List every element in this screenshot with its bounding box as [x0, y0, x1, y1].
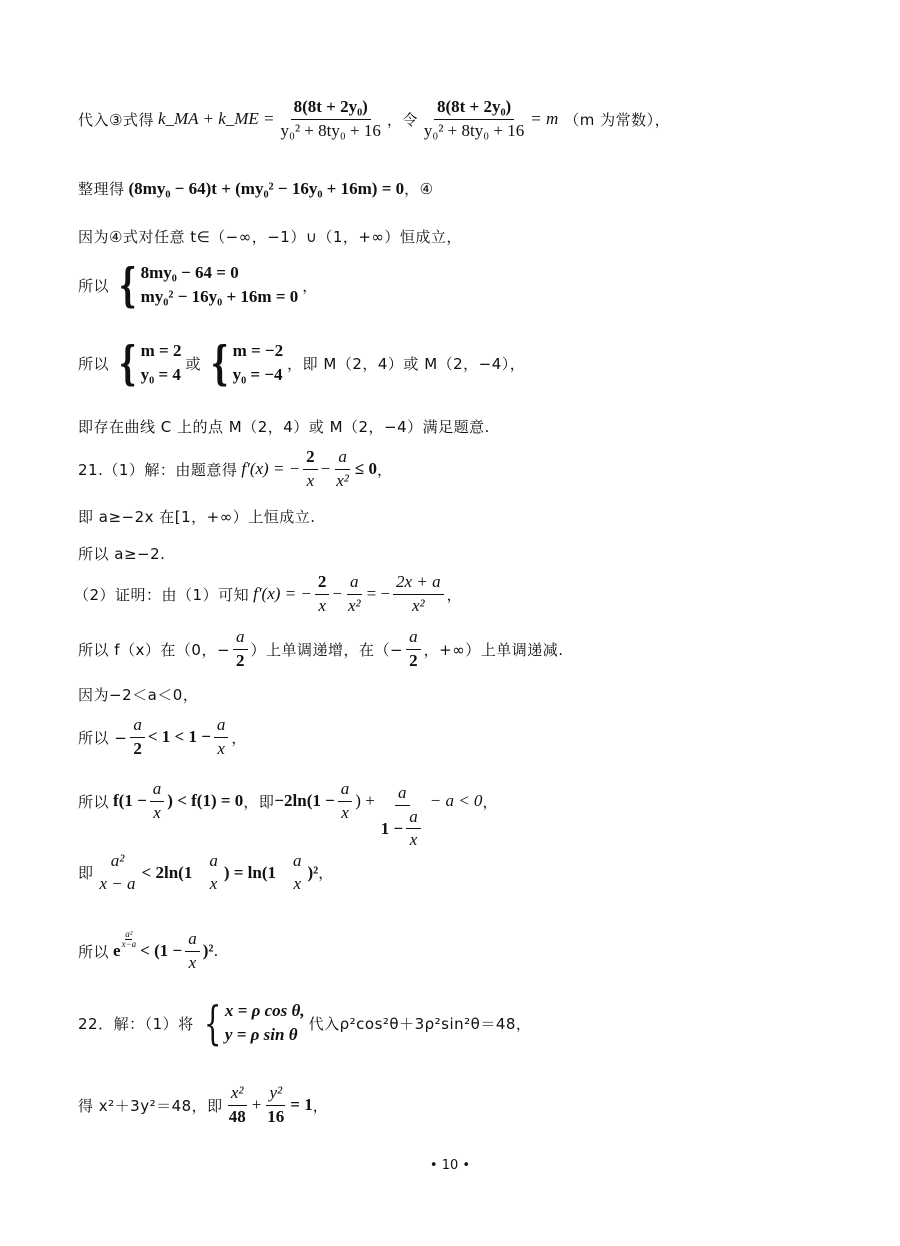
text: ，即	[243, 791, 274, 812]
math-expression: −2ln(1 −	[274, 791, 334, 811]
math-expression: − a < 0	[430, 791, 483, 811]
text: 即 a≥−2x 在[1，+∞）上恒成立.	[78, 506, 316, 527]
denominator: x²	[409, 595, 428, 616]
denominator: x²	[333, 470, 352, 491]
math-expression: ) < f(1) = 0	[167, 791, 243, 811]
text: ，令	[387, 109, 418, 130]
numerator: a	[233, 628, 248, 650]
denominator: x	[207, 873, 221, 894]
denominator: x	[304, 470, 318, 491]
compound-fraction: a 1 − a x	[378, 784, 427, 850]
text: 得 x²＋3y²＝48，即	[78, 1095, 223, 1116]
denominator: y₀² + 8ty₀ + 16	[421, 120, 527, 141]
fraction: x² 48	[226, 1084, 249, 1126]
line-f-inequality: 所以 f(1 − a x ) < f(1) = 0 ，即 −2ln(1 − a …	[78, 768, 498, 834]
line-conclusion-20: 即存在曲线 C 上的点 M（2，4）或 M（2，−4）满足题意.	[78, 416, 490, 437]
numerator: a	[335, 448, 350, 470]
text: ，即 M（2，4）或 M（2，−4），	[287, 353, 525, 374]
numerator: a	[130, 716, 145, 738]
fraction: a x	[185, 930, 200, 972]
line-q21-part1: 21.（1）解：由题意得 f′(x) = − 2 x − a x² ≤ 0 ，	[78, 448, 393, 490]
left-brace-icon: {	[119, 262, 137, 308]
line-inequality-chain: 所以 − a 2 < 1 < 1 − a x ，	[78, 716, 247, 758]
text: ，	[447, 584, 463, 605]
left-brace-icon: {	[203, 1000, 221, 1046]
denominator: x	[186, 952, 200, 973]
line-q21-part2: （2）证明：由（1）可知 f′(x) = − 2 x − a x² = − 2x…	[74, 573, 462, 615]
fraction: a x²	[345, 573, 364, 615]
numerator: 8(8t + 2y₀)	[434, 98, 514, 120]
math-expression: < (1 −	[140, 941, 182, 961]
denominator: y₀² + 8ty₀ + 16	[278, 120, 384, 141]
text: 所以	[78, 941, 109, 962]
fraction: a x	[150, 780, 165, 822]
fraction: 2 x	[303, 448, 318, 490]
fraction: a 2	[130, 716, 145, 758]
fraction: a x	[290, 852, 305, 893]
numerator: a	[406, 628, 421, 650]
denominator: 1 − a x	[378, 806, 427, 850]
text: ，	[482, 791, 498, 812]
line-monotonic: 所以 f（x）在（0，− a 2 ）上单调递增，在（− a 2 ，+∞）上单调递…	[78, 628, 563, 670]
fraction: a x²	[333, 448, 352, 490]
line-system-2: 所以 { m = 2 y₀ = 4 或 { m = −2 y₀ = −4 ，即 …	[78, 340, 525, 386]
math-expression: < 1 < 1 −	[148, 727, 211, 747]
equation-system: { x = ρ cos θ, y = ρ sin θ	[198, 1000, 305, 1046]
denominator: x	[407, 829, 421, 850]
numerator: a	[185, 930, 200, 952]
fraction: a x	[214, 716, 229, 758]
page-number: • 10 •	[0, 1158, 900, 1173]
text: 即	[78, 862, 94, 883]
equation-row: y₀ = 4	[141, 365, 182, 385]
denominator: 2	[406, 650, 421, 671]
numerator: a²	[108, 852, 128, 873]
numerator: a	[150, 780, 165, 802]
numerator: x²	[228, 1084, 247, 1106]
line-ellipse-equation: 得 x²＋3y²＝48，即 x² 48 + y² 16 = 1 ，	[78, 1084, 328, 1126]
numerator: a	[347, 573, 362, 595]
numerator: 2	[315, 573, 330, 595]
denominator: 2	[130, 738, 145, 759]
line-for-all-t: 因为④式对任意 t∈（−∞，−1）∪（1，+∞）恒成立，	[78, 226, 462, 247]
numerator: 2	[303, 448, 318, 470]
line-system-1: 所以 { 8my₀ − 64 = 0 my₀² − 16y₀ + 16m = 0…	[78, 262, 318, 308]
equation-row: m = −2	[233, 341, 284, 361]
math-expression: (8my₀ − 64)t + (my₀² − 16y₀ + 16m) = 0	[129, 179, 405, 199]
fraction: a x	[206, 852, 221, 893]
text: （2）证明：由（1）可知	[74, 584, 249, 605]
numerator: a	[214, 716, 229, 738]
math-rhs: = 1	[290, 1095, 312, 1115]
denominator-prefix: 1 −	[381, 820, 403, 839]
math-expression: < 2ln(1	[142, 863, 193, 883]
numerator: a	[338, 780, 353, 802]
numerator: 2x + a	[393, 573, 444, 595]
numerator: a	[406, 808, 421, 830]
denominator: 16	[264, 1106, 287, 1127]
fraction: 2x + a x²	[393, 573, 444, 615]
line-a-range: 因为−2＜a＜0，	[78, 684, 198, 705]
denominator: 48	[226, 1106, 249, 1127]
text: ）上单调递增，在（−	[251, 639, 404, 660]
text: 或	[185, 353, 201, 374]
numerator: a	[395, 784, 410, 806]
text: 代入ρ²cos²θ＋3ρ²sin²θ＝48，	[309, 1013, 532, 1034]
equation-system: { 8my₀ − 64 = 0 my₀² − 16y₀ + 16m = 0	[113, 262, 298, 308]
equation-row: my₀² − 16y₀ + 16m = 0	[141, 287, 299, 307]
math-lhs: k_MA + k_ME =	[158, 109, 275, 129]
math-expression: ) = ln(1	[224, 863, 276, 883]
denominator: x²	[345, 595, 364, 616]
fraction: a 2	[406, 628, 421, 670]
left-brace-icon: {	[119, 340, 137, 386]
text: 22．解：（1）将	[78, 1013, 194, 1034]
equation-row: x = ρ cos θ,	[225, 1001, 305, 1021]
operator: −	[332, 584, 342, 604]
text: 因为−2＜a＜0，	[78, 684, 198, 705]
fraction: a x	[406, 808, 421, 850]
math-base: e	[113, 941, 121, 961]
text: .	[213, 942, 218, 960]
line-substitute-slopes: 代入③式得 k_MA + k_ME = 8(8t + 2y₀) y₀² + 8t…	[78, 98, 670, 140]
text: （m 为常数），	[564, 109, 670, 130]
text: ，	[313, 1095, 329, 1116]
denominator: x	[150, 802, 164, 823]
equation-system: { m = −2 y₀ = −4	[205, 340, 283, 386]
text: ，④	[404, 178, 433, 199]
text: 所以 f（x）在（0，−	[78, 639, 230, 660]
numerator: 8(8t + 2y₀)	[291, 98, 371, 120]
fraction: y² 16	[264, 1084, 287, 1126]
math-expression: )²	[308, 863, 319, 883]
fraction: 8(8t + 2y₀) y₀² + 8ty₀ + 16	[278, 98, 384, 140]
fraction: a 2	[233, 628, 248, 670]
math-rhs: = m	[530, 109, 558, 129]
math-lhs: f′(x) = −	[253, 584, 312, 604]
text: ，	[377, 459, 393, 480]
text: 所以	[78, 275, 109, 296]
text: ，	[231, 727, 247, 748]
denominator: x	[214, 738, 228, 759]
equation-row: m = 2	[141, 341, 182, 361]
equation-row: y₀ = −4	[233, 365, 284, 385]
denominator: x − a	[97, 873, 139, 894]
denominator: 2	[233, 650, 248, 671]
text: 所以 a≥−2.	[78, 543, 165, 564]
line-q22-part1: 22．解：（1）将 { x = ρ cos θ, y = ρ sin θ 代入ρ…	[78, 1000, 531, 1046]
fraction: 2 x	[315, 573, 330, 615]
math-expression: f(1 −	[113, 791, 147, 811]
line-a-ge: 即 a≥−2x 在[1，+∞）上恒成立.	[78, 506, 316, 527]
text: ，	[318, 862, 334, 883]
math-lhs: f′(x) = −	[241, 459, 300, 479]
text: ，+∞）上单调递减.	[424, 639, 564, 660]
numerator: a	[206, 852, 221, 873]
fraction: a² x − a	[97, 852, 139, 893]
text: ，	[302, 275, 318, 296]
text: 整理得	[78, 178, 125, 199]
text: 代入③式得	[78, 109, 154, 130]
denominator: x−a	[122, 940, 137, 949]
operator: −	[321, 459, 331, 479]
operator: +	[252, 1095, 262, 1115]
left-brace-icon: {	[211, 340, 229, 386]
line-log-inequality: 即 a² x − a < 2ln(1 a x ) = ln(1 a x )² ，	[78, 852, 334, 893]
denominator: x	[290, 873, 304, 894]
operator: = −	[367, 584, 390, 604]
numerator: y²	[266, 1084, 285, 1106]
line-a-result: 所以 a≥−2.	[78, 543, 165, 564]
operator: ) +	[355, 791, 375, 811]
denominator: x	[315, 595, 329, 616]
equation-system: { m = 2 y₀ = 4	[113, 340, 181, 386]
text: 21.（1）解：由题意得	[78, 459, 237, 480]
text: 即存在曲线 C 上的点 M（2，4）或 M（2，−4）满足题意.	[78, 416, 490, 437]
fraction: 8(8t + 2y₀) y₀² + 8ty₀ + 16	[421, 98, 527, 140]
exponent-fraction: a² x−a	[122, 930, 137, 949]
text: 所以 −	[78, 727, 127, 748]
line-exp-inequality: 所以 e a² x−a < (1 − a x )² .	[78, 930, 219, 972]
equation-row: 8my₀ − 64 = 0	[141, 263, 299, 283]
fraction: a x	[338, 780, 353, 822]
text: 所以	[78, 353, 109, 374]
denominator: x	[338, 802, 352, 823]
math-expression: )²	[203, 941, 214, 961]
equation-row: y = ρ sin θ	[225, 1025, 305, 1045]
math-rhs: ≤ 0	[355, 459, 377, 479]
text: 因为④式对任意 t∈（−∞，−1）∪（1，+∞）恒成立，	[78, 226, 462, 247]
line-rearrange: 整理得 (8my₀ − 64)t + (my₀² − 16y₀ + 16m) =…	[78, 178, 434, 199]
numerator: a	[290, 852, 305, 873]
text: 所以	[78, 791, 109, 812]
